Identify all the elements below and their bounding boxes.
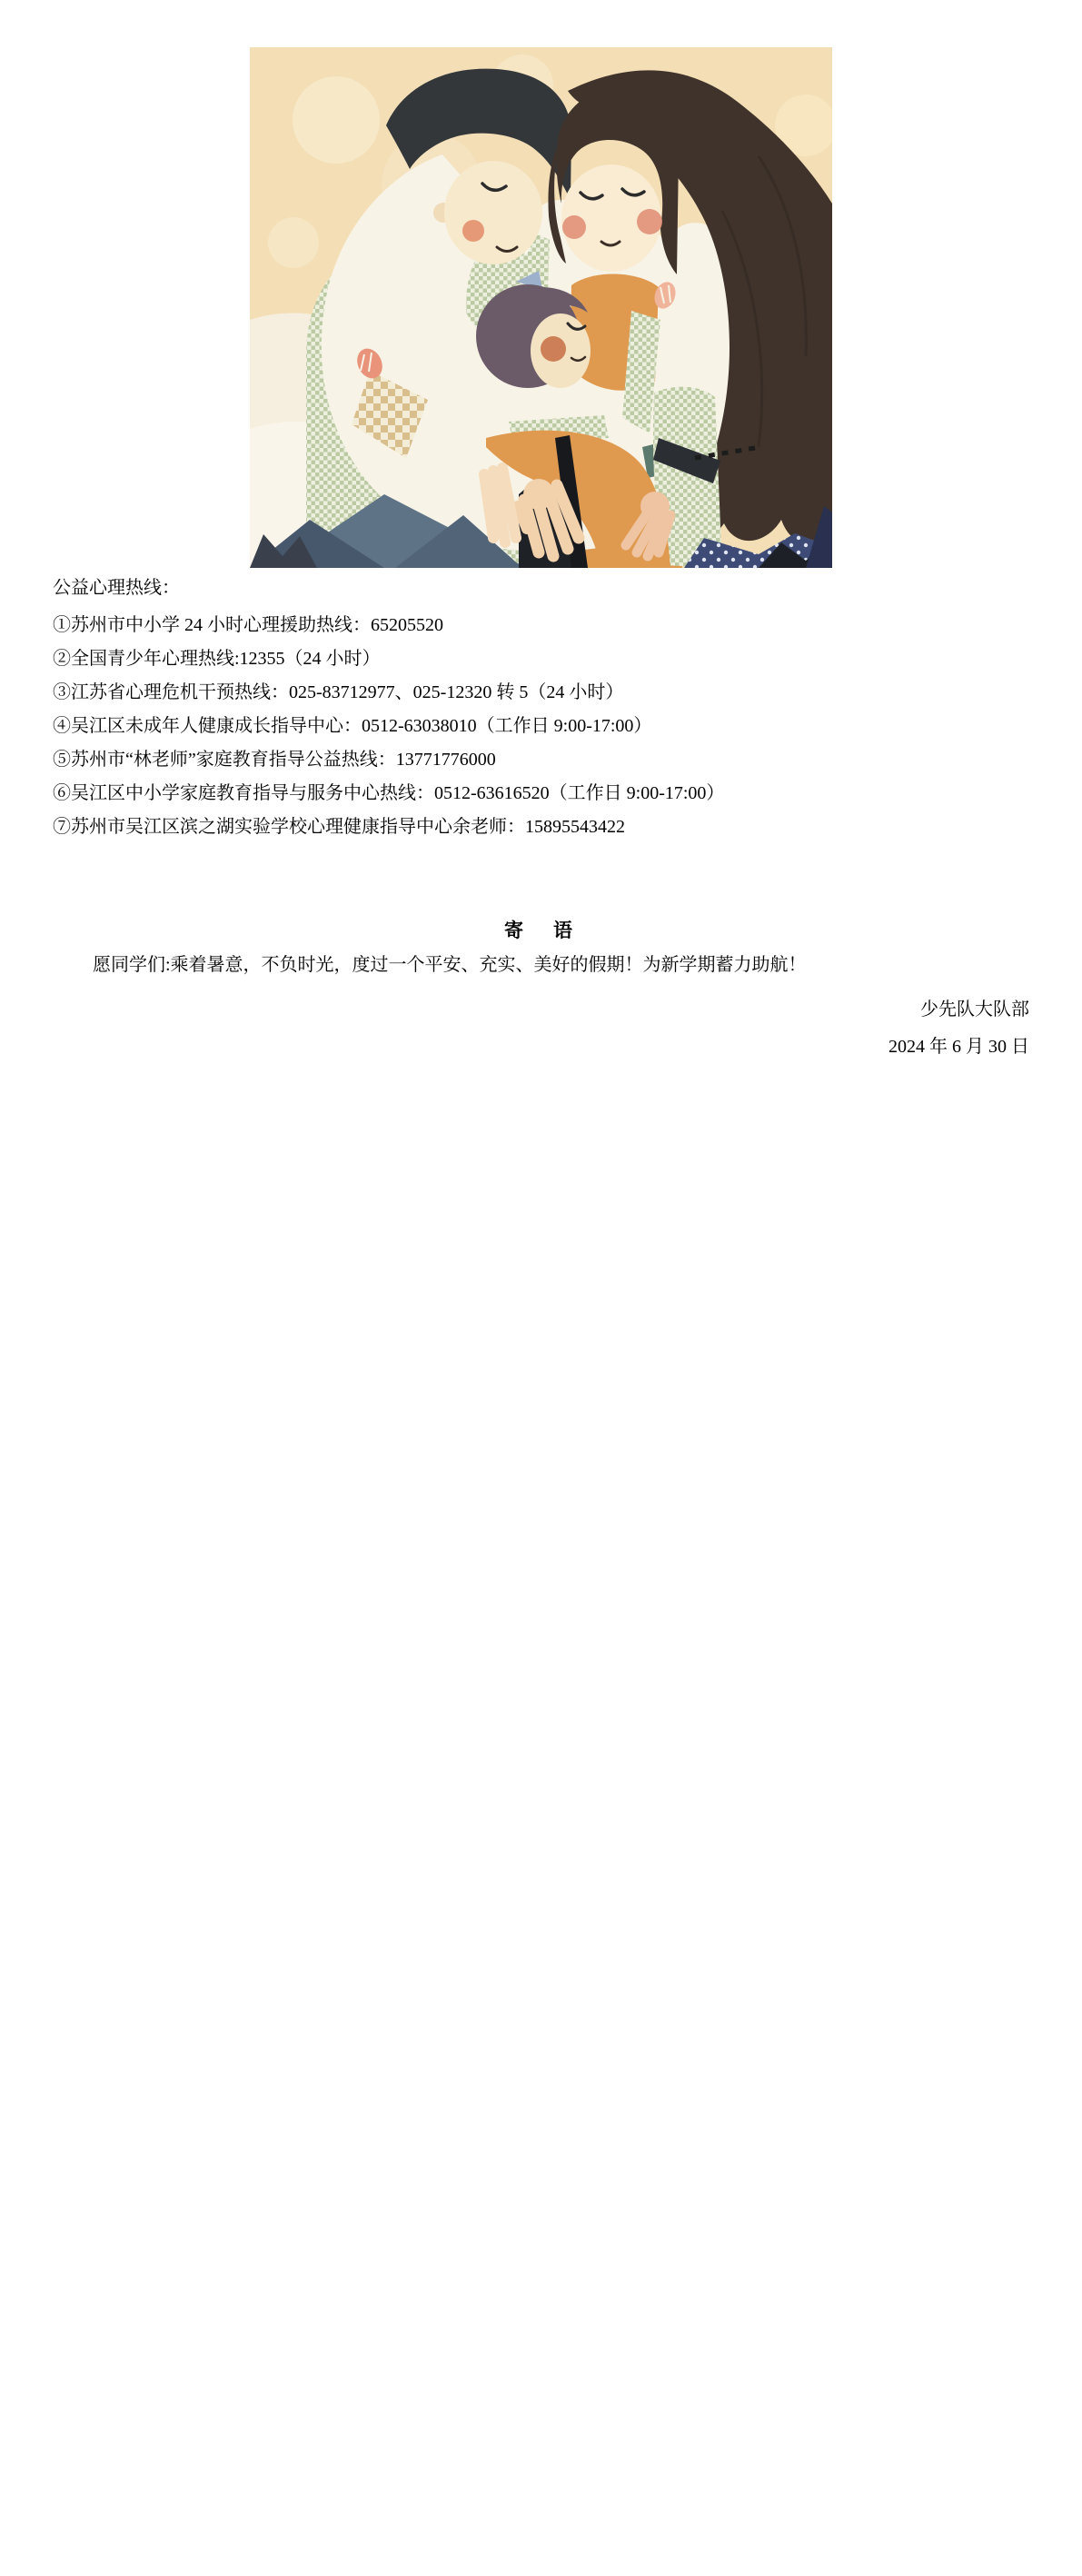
signature: 少先队大队部 <box>920 994 1029 1020</box>
remarks-body: 愿同学们:乘着暑意，不负时光，度过一个平安、充实、美好的假期！为新学期蓄力助航！ <box>53 954 1034 977</box>
hotline-item: ①苏州市中小学 24 小时心理援助热线：65205520 <box>53 609 1034 642</box>
hotline-item: ⑥吴江区中小学家庭教育指导与服务中心热线：0512-63616520（工作日 9… <box>53 777 1034 811</box>
hotline-heading: 公益心理热线： <box>53 572 1034 605</box>
hotline-item: ④吴江区未成年人健康成长指导中心：0512-63038010（工作日 9:00-… <box>53 710 1034 743</box>
family-hug-svg <box>250 47 832 568</box>
hotline-item: ⑦苏州市吴江区滨之湖实验学校心理健康指导中心余老师：15895543422 <box>53 811 1034 844</box>
hotline-section: 公益心理热线： ①苏州市中小学 24 小时心理援助热线：65205520 ②全国… <box>53 572 1034 844</box>
hotline-item: ②全国青少年心理热线:12355（24 小时） <box>53 642 1034 676</box>
family-hug-illustration <box>250 47 832 568</box>
hotline-item: ③江苏省心理危机干预热线：025-83712977、025-12320 转 5（… <box>53 676 1034 710</box>
document-page: 公益心理热线： ①苏州市中小学 24 小时心理援助热线：65205520 ②全国… <box>0 0 1082 2576</box>
hotline-list: ①苏州市中小学 24 小时心理援助热线：65205520 ②全国青少年心理热线:… <box>53 609 1034 844</box>
date: 2024 年 6 月 30 日 <box>888 1031 1029 1058</box>
hotline-item: ⑤苏州市“林老师”家庭教育指导公益热线：13771776000 <box>53 743 1034 777</box>
child-head <box>476 284 591 388</box>
remarks-title: 寄 语 <box>0 916 1082 943</box>
